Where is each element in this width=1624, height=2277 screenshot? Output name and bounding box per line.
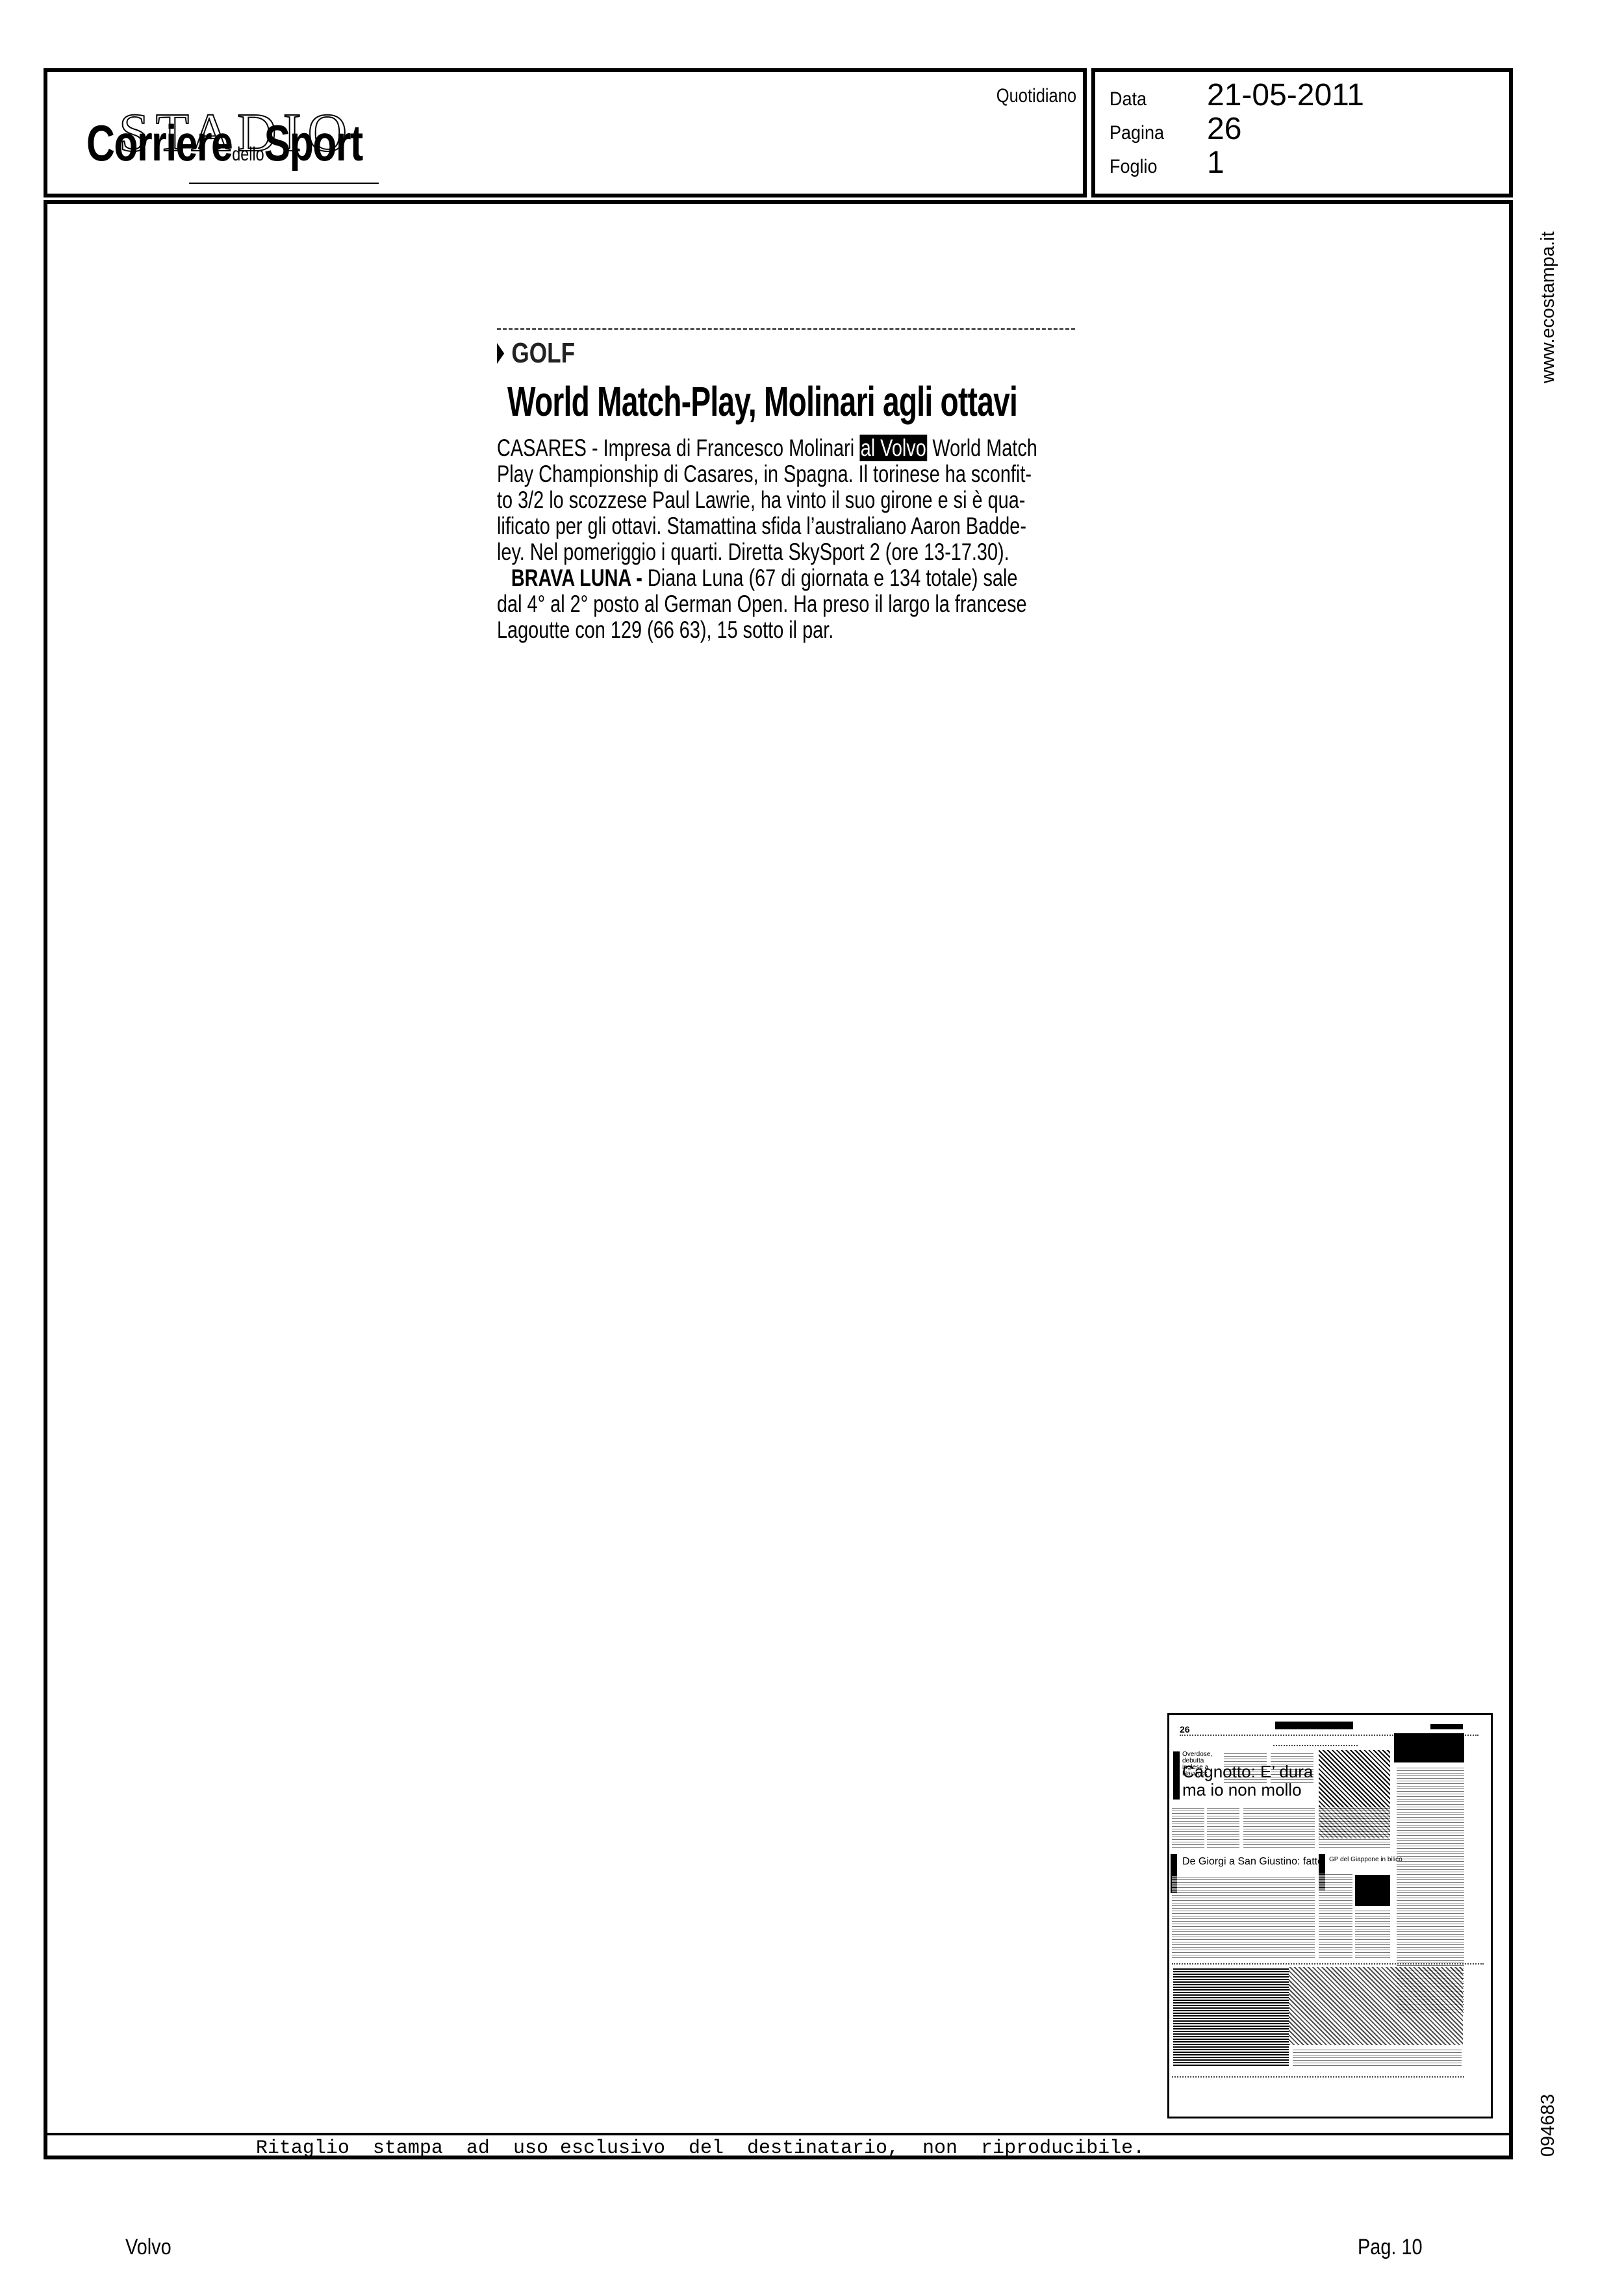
side-code-text: 094683 — [1538, 2094, 1559, 2157]
body-line: lificato per gli ottavi. Stamattina sfid… — [497, 513, 953, 539]
body-line: ley. Nel pomeriggio i quarti. Diretta Sk… — [497, 539, 953, 565]
thumbnail-text-block — [1172, 1807, 1204, 1848]
thumbnail-main-headline: Cagnotto: E’ dura — [1182, 1763, 1313, 1780]
divider — [47, 2133, 1509, 2135]
meta-value: 1 — [1207, 147, 1224, 179]
publication-logo: STADIO CorrieredelloSport — [86, 106, 372, 177]
body-line: Play Championship di Casares, in Spagna.… — [497, 461, 953, 487]
logo-main: Corriere — [86, 114, 232, 172]
body-text: World Match — [927, 435, 1037, 461]
logo-text: CorrieredelloSport — [86, 118, 362, 168]
body-text: CASARES - Impresa di Francesco Molinari — [497, 435, 859, 461]
thumbnail-section-banner — [1275, 1722, 1353, 1729]
meta-label: Data — [1110, 88, 1197, 110]
body-line: CASARES - Impresa di Francesco Molinari … — [497, 435, 953, 461]
thumbnail-headline-2: De Giorgi a San Giustino: fatto — [1182, 1857, 1323, 1867]
article-headline: World Match-Play, Molinari agli ottavi — [507, 381, 920, 422]
thumbnail-portrait — [1355, 1875, 1390, 1906]
meta-label: Foglio — [1110, 156, 1197, 178]
thumbnail-label — [1430, 1724, 1463, 1729]
body-line: dal 4° al 2° posto al German Open. Ha pr… — [497, 591, 953, 617]
thumbnail-vbar — [1173, 1762, 1180, 1800]
side-url-text: www.ecostampa.it — [1538, 231, 1559, 383]
disclaimer-text: Ritaglio stampa ad uso esclusivo del des… — [47, 2137, 1509, 2159]
meta-row-date: Data 21-05-2011 — [1110, 80, 1364, 111]
body-line: to 3/2 lo scozzese Paul Lawrie, ha vinto… — [497, 487, 953, 513]
meta-value: 26 — [1207, 114, 1241, 145]
thumbnail-text-block — [1243, 1807, 1315, 1848]
thumbnail-ad-logos — [1293, 2048, 1462, 2066]
article-body: CASARES - Impresa di Francesco Molinari … — [497, 435, 1082, 643]
page-thumbnail: 26 Overdose, debutta inglese a Haydock C… — [1167, 1713, 1493, 2118]
divider — [497, 328, 1075, 330]
side-code: 094683 — [1538, 2079, 1564, 2157]
paragraph-lead: BRAVA LUNA - — [511, 565, 642, 591]
footer-page-number: Pag. 10 — [1358, 2235, 1423, 2260]
thumbnail-text-block — [1207, 1807, 1239, 1848]
thumbnail-text-block — [1319, 1874, 1352, 1958]
meta-value: 21-05-2011 — [1207, 80, 1364, 111]
thumbnail-page-number: 26 — [1180, 1724, 1190, 1735]
meta-row-sheet: Foglio 1 — [1110, 147, 1224, 179]
body-line: BRAVA LUNA - Diana Luna (67 di giornata … — [497, 565, 953, 591]
logo-small: dello — [232, 144, 264, 165]
thumbnail-text-block — [1172, 1876, 1315, 1958]
meta-label: Pagina — [1110, 122, 1197, 144]
thumbnail-main-headline-2: ma io non mollo — [1182, 1781, 1302, 1798]
logo-end: Sport — [264, 114, 362, 172]
triangle-bullet-icon — [497, 343, 504, 364]
article: GOLF World Match-Play, Molinari agli ott… — [497, 328, 1082, 643]
thumbnail-text-block — [1319, 1807, 1390, 1848]
thumbnail-headline-3: GP del Giappone in bilico — [1329, 1857, 1402, 1863]
keyword-highlight: al Volvo — [859, 435, 927, 461]
thumbnail-ad-pattern — [1289, 1967, 1463, 2045]
side-url: www.ecostampa.it — [1538, 214, 1564, 383]
divider — [1172, 2076, 1464, 2078]
body-text: Diana Luna (67 di giornata e 134 totale)… — [642, 565, 1018, 591]
thumbnail-boxed-item — [1394, 1733, 1464, 1762]
body-line: Lagoutte con 129 (66 63), 15 sotto il pa… — [497, 617, 953, 643]
logo-underline — [189, 183, 379, 184]
header-publication-box: Quotidiano STADIO CorrieredelloSport — [44, 68, 1087, 197]
thumbnail-text-block — [1355, 1910, 1390, 1958]
header-meta-box: Data 21-05-2011 Pagina 26 Foglio 1 — [1091, 68, 1513, 197]
publication-type: Quotidiano — [996, 85, 1076, 107]
article-kicker: GOLF — [497, 339, 965, 368]
thumbnail-ad-photo — [1173, 1967, 1289, 2066]
divider — [1273, 1745, 1358, 1746]
meta-row-page: Pagina 26 — [1110, 114, 1241, 145]
kicker-text: GOLF — [511, 339, 575, 368]
footer-client-name: Volvo — [125, 2235, 171, 2260]
divider — [1172, 1963, 1484, 1965]
